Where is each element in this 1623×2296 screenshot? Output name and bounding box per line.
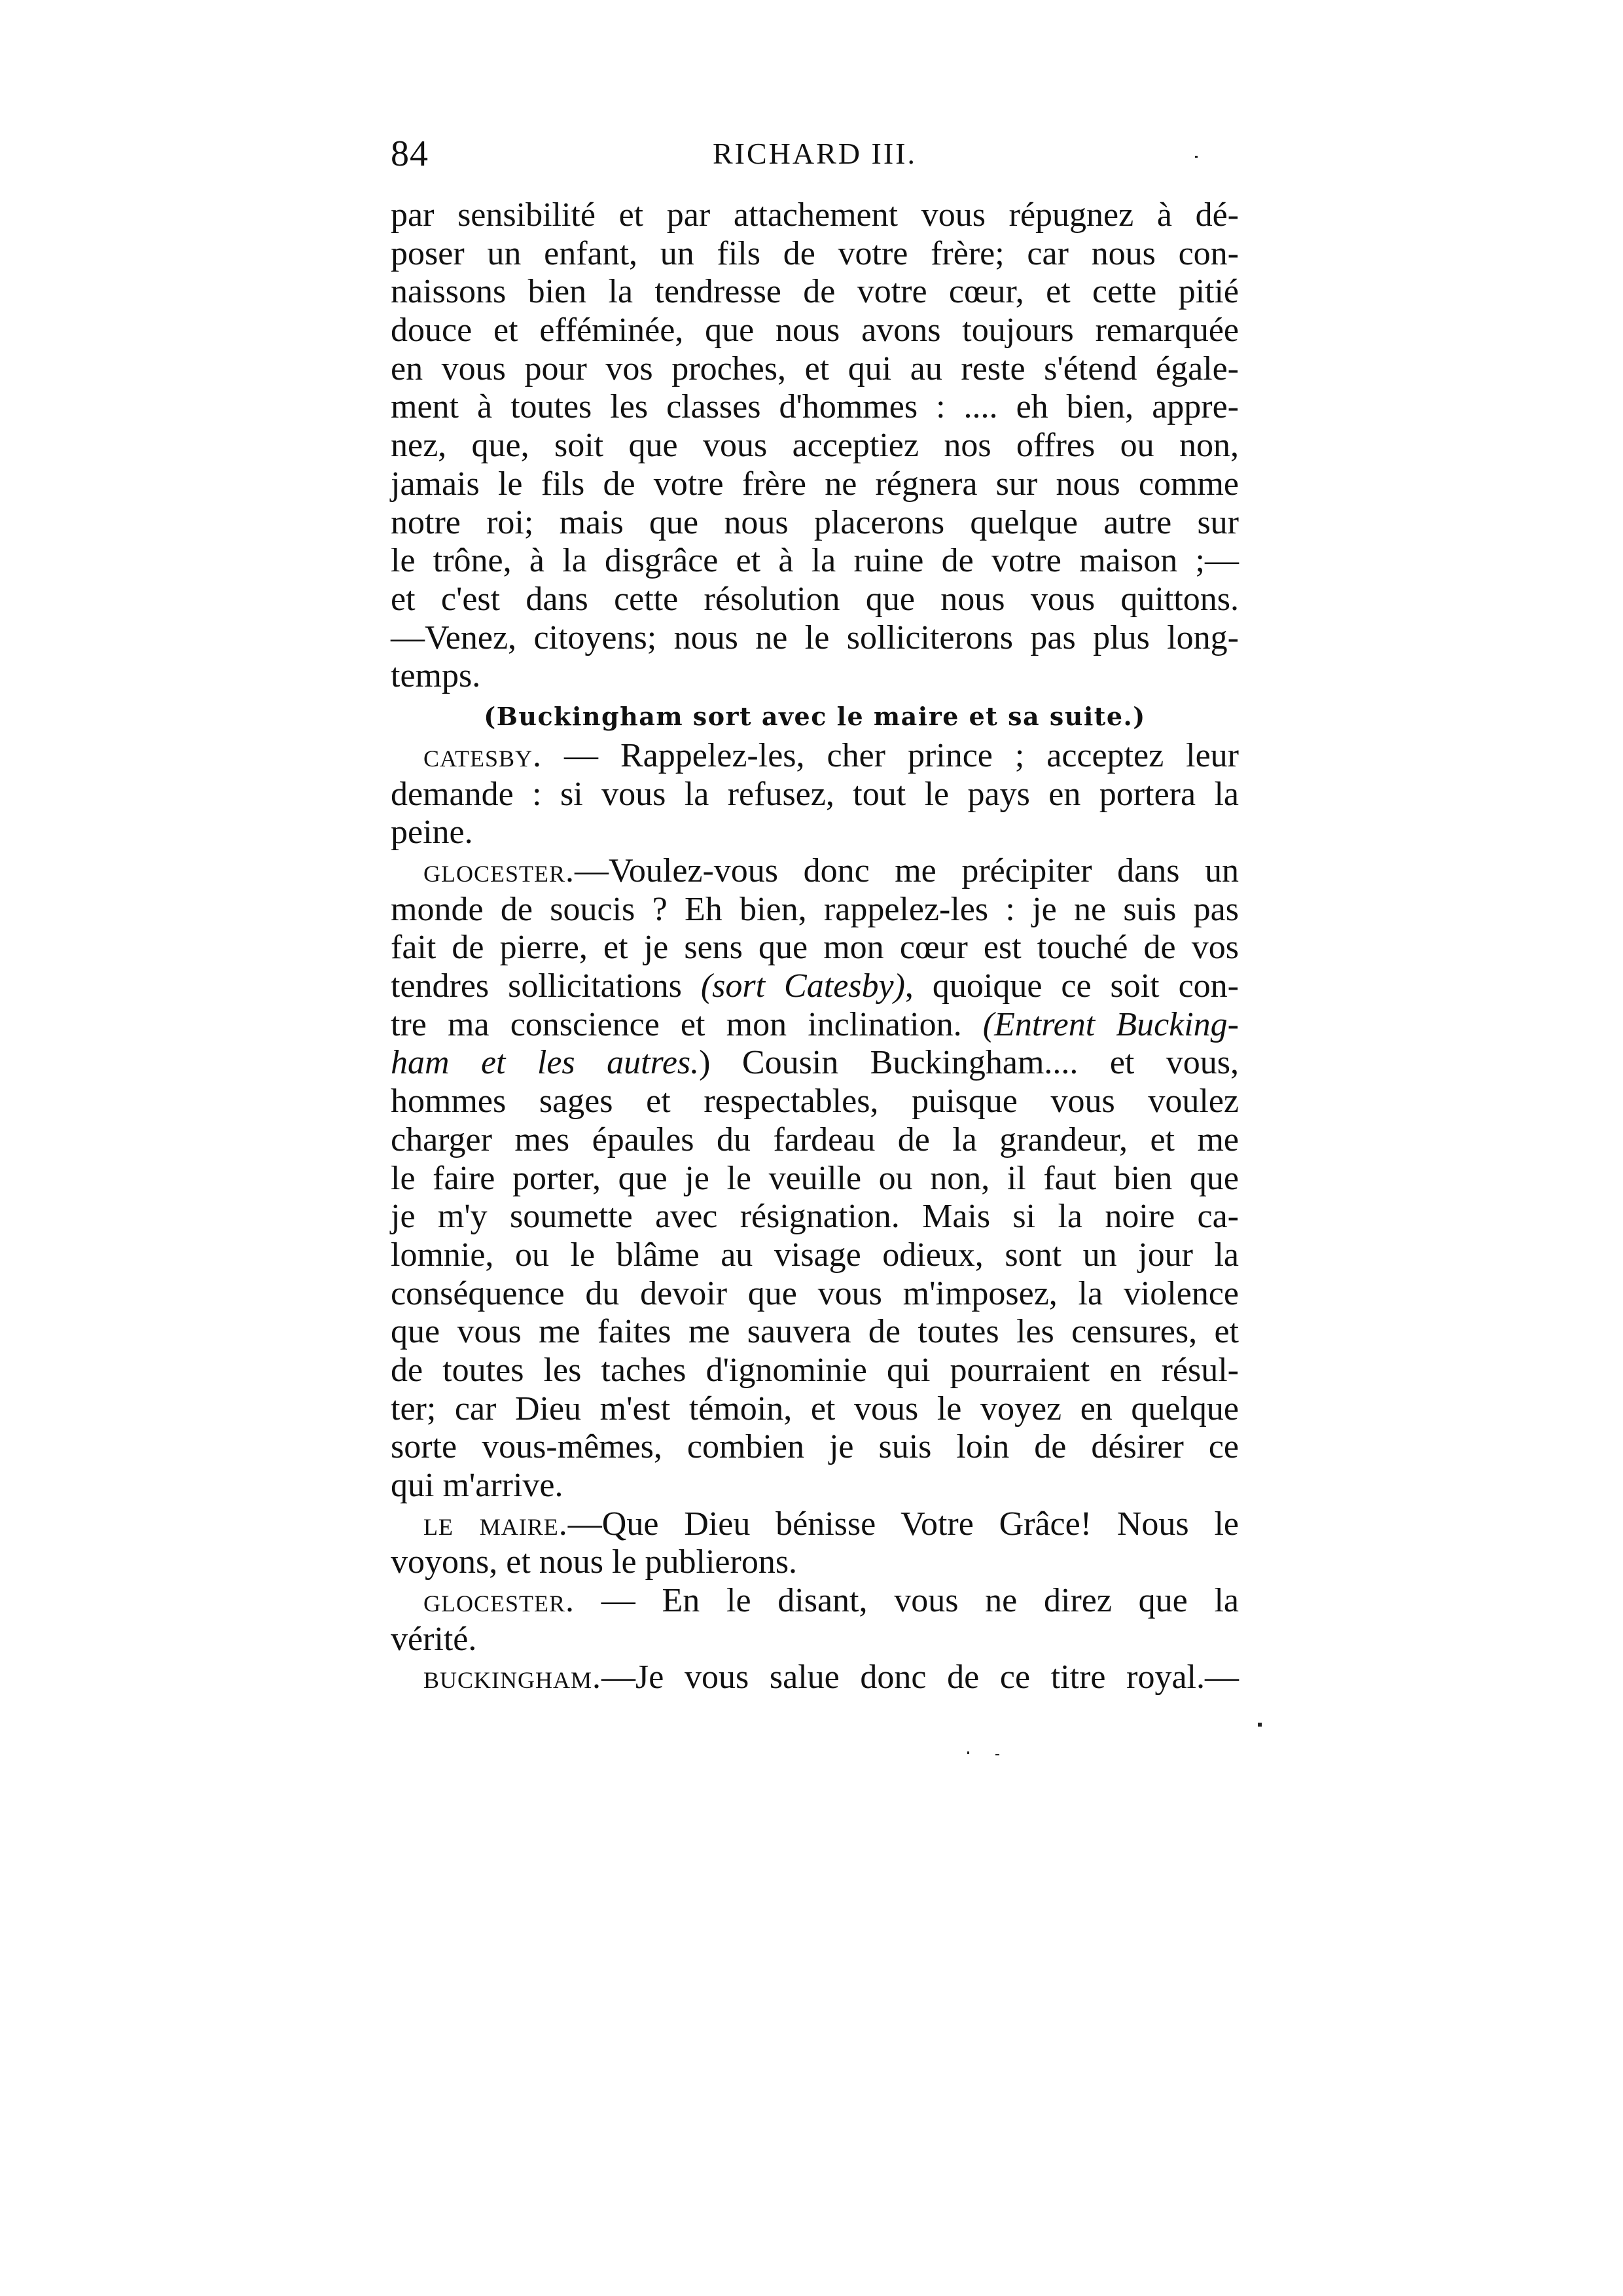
scan-speck bbox=[1195, 156, 1198, 158]
speaker-name: Glocester. bbox=[423, 852, 575, 889]
text-line: en vous pour vos proches, et qui au rest… bbox=[391, 350, 1239, 389]
text-line: Glocester.—Voulez-vous donc me précipite… bbox=[391, 852, 1239, 891]
text-line: nez, que, soit que vous acceptiez nos of… bbox=[391, 427, 1239, 465]
speech-text: Voulez-vous donc me précipiter dans un bbox=[609, 852, 1239, 889]
speech-text: Que Dieu bénisse Votre Grâce! Nous le bbox=[602, 1505, 1239, 1543]
text-line: ment à toutes les classes d'hommes : ...… bbox=[391, 388, 1239, 427]
em-dash: — bbox=[568, 1505, 602, 1543]
text-line: Catesby. — Rappelez-les, cher prince ; a… bbox=[391, 737, 1239, 776]
paragraph-le-maire: Le maire.—Que Dieu bénisse Votre Grâce! … bbox=[391, 1505, 1239, 1582]
paragraph-buckingham-speech: par sensibilité et par attachement vous … bbox=[391, 196, 1239, 696]
text-line: hommes sages et respectables, puisque vo… bbox=[391, 1083, 1239, 1121]
book-page: 84 RICHARD III. par sensibilité et par a… bbox=[0, 0, 1623, 2296]
text-line: peine. bbox=[391, 814, 1239, 852]
text-line: le trône, à la disgrâce et à la ruine de… bbox=[391, 542, 1239, 581]
speech-text: Rappelez-les, cher prince ; acceptez leu… bbox=[620, 737, 1239, 774]
text-line: notre roi; mais que nous placerons quelq… bbox=[391, 504, 1239, 543]
text-line: monde de soucis ? Eh bien, rappelez-les … bbox=[391, 891, 1239, 929]
text-line: Buckingham.—Je vous salue donc de ce tit… bbox=[391, 1659, 1239, 1697]
text-span: ) Cousin Buckingham.... et vous, bbox=[699, 1044, 1239, 1081]
text-line: le faire porter, que je le veuille ou no… bbox=[391, 1160, 1239, 1198]
page-body: par sensibilité et par attachement vous … bbox=[391, 196, 1239, 1697]
text-line: je m'y soumette avec résignation. Mais s… bbox=[391, 1198, 1239, 1236]
text-line: sorte vous-mêmes, combien je suis loin d… bbox=[391, 1428, 1239, 1467]
text-line: et c'est dans cette résolution que nous … bbox=[391, 581, 1239, 619]
text-line: vérité. bbox=[391, 1621, 1239, 1659]
paragraph-glocester-1: Glocester.—Voulez-vous donc me précipite… bbox=[391, 852, 1239, 1505]
em-dash: — bbox=[601, 1659, 635, 1696]
scan-speck bbox=[1258, 1723, 1262, 1727]
scan-speck bbox=[967, 1751, 969, 1754]
paragraph-glocester-2: Glocester. — En le disant, vous ne direz… bbox=[391, 1582, 1239, 1659]
text-line: conséquence du devoir que vous m'imposez… bbox=[391, 1275, 1239, 1314]
text-line: que vous me faites me sauvera de toutes … bbox=[391, 1313, 1239, 1352]
text-span: , quoique ce soit con- bbox=[905, 967, 1239, 1005]
text-line: lomnie, ou le blâme au visage odieux, so… bbox=[391, 1236, 1239, 1275]
text-line: voyons, et nous le publierons. bbox=[391, 1543, 1239, 1582]
text-line: temps. bbox=[391, 657, 1239, 696]
paragraph-buckingham: Buckingham.—Je vous salue donc de ce tit… bbox=[391, 1659, 1239, 1697]
speech-text: Je vous salue donc de ce titre royal.— bbox=[635, 1659, 1239, 1696]
speech-text: En le disant, vous ne direz que la bbox=[662, 1582, 1240, 1619]
em-dash: — bbox=[575, 1582, 662, 1619]
italic-stage-direction: ham et les autres. bbox=[391, 1044, 699, 1081]
text-line: demande : si vous la refusez, tout le pa… bbox=[391, 776, 1239, 814]
speaker-name: Catesby. bbox=[423, 737, 542, 774]
text-line: de toutes les taches d'ignominie qui pou… bbox=[391, 1352, 1239, 1390]
italic-stage-direction: (Entrent Bucking- bbox=[983, 1006, 1239, 1043]
text-line: par sensibilité et par attachement vous … bbox=[391, 196, 1239, 235]
text-line: douce et efféminée, que nous avons toujo… bbox=[391, 312, 1239, 350]
text-span: tendres sollicitations bbox=[391, 967, 701, 1005]
em-dash: — bbox=[542, 737, 620, 774]
speaker-name: Glocester. bbox=[423, 1582, 575, 1619]
speaker-name: Buckingham. bbox=[423, 1659, 601, 1696]
paragraph-catesby: Catesby. — Rappelez-les, cher prince ; a… bbox=[391, 737, 1239, 852]
text-line: Glocester. — En le disant, vous ne direz… bbox=[391, 1582, 1239, 1621]
text-line: qui m'arrive. bbox=[391, 1467, 1239, 1505]
text-line: tre ma conscience et mon inclination. (E… bbox=[391, 1006, 1239, 1045]
text-line: jamais le fils de votre frère ne régnera… bbox=[391, 465, 1239, 504]
text-line: —Venez, citoyens; nous ne le sollicitero… bbox=[391, 619, 1239, 658]
text-line: fait de pierre, et je sens que mon cœur … bbox=[391, 929, 1239, 967]
text-line: Le maire.—Que Dieu bénisse Votre Grâce! … bbox=[391, 1505, 1239, 1544]
text-line: tendres sollicitations (sort Catesby), q… bbox=[391, 967, 1239, 1006]
speaker-name: Le maire. bbox=[423, 1505, 568, 1543]
italic-stage-direction: (sort Catesby) bbox=[701, 967, 905, 1005]
text-line: ham et les autres.) Cousin Buckingham...… bbox=[391, 1044, 1239, 1083]
text-line: charger mes épaules du fardeau de la gra… bbox=[391, 1121, 1239, 1160]
scan-speck bbox=[995, 1754, 999, 1755]
text-line: naissons bien la tendresse de votre cœur… bbox=[391, 273, 1239, 312]
page-header: 84 RICHARD III. bbox=[391, 131, 1239, 177]
text-line: ter; car Dieu m'est témoin, et vous le v… bbox=[391, 1390, 1239, 1429]
text-line: poser un enfant, un fils de votre frère;… bbox=[391, 235, 1239, 274]
stage-direction: (Buckingham sort avec le maire et sa sui… bbox=[391, 696, 1239, 737]
em-dash: — bbox=[575, 852, 609, 889]
text-span: tre ma conscience et mon inclination. bbox=[391, 1006, 983, 1043]
running-title: RICHARD III. bbox=[391, 131, 1239, 177]
